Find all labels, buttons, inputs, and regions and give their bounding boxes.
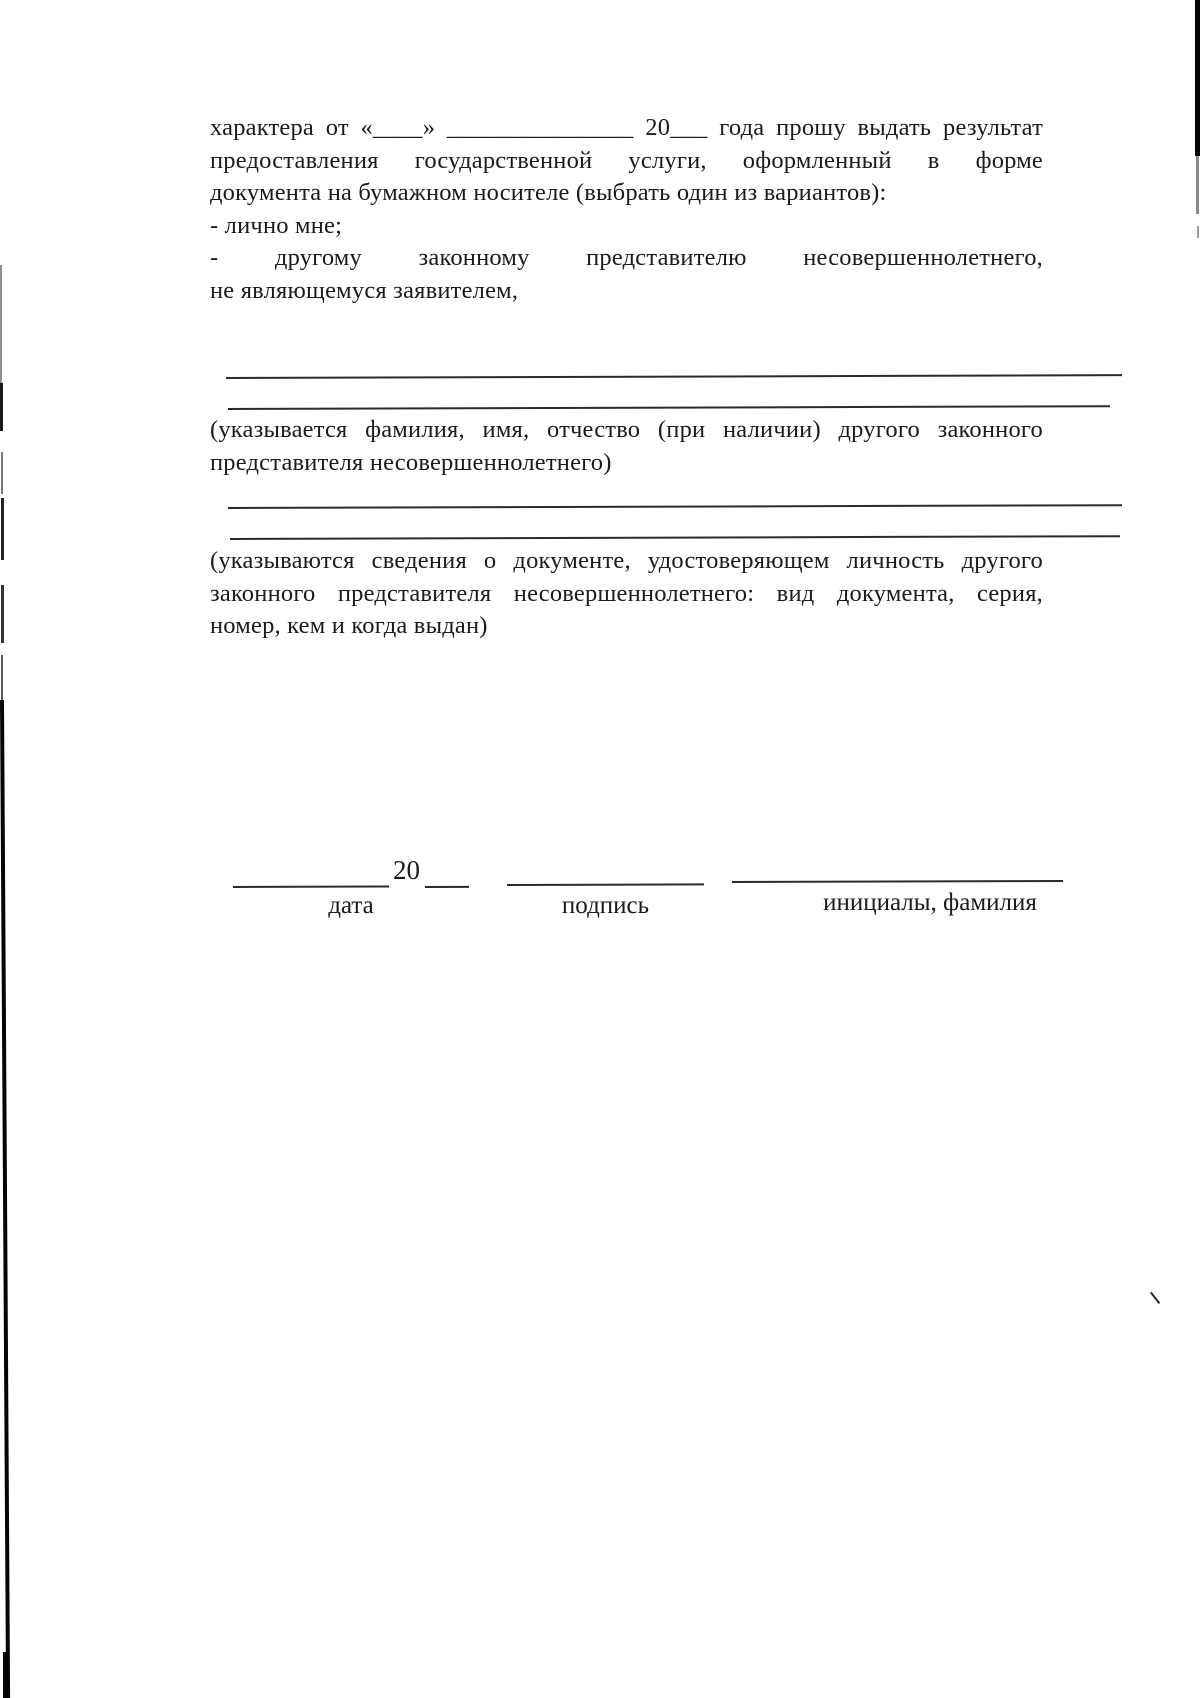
paragraph-line: документа на бумажном носителе (выбрать … [210,177,1043,210]
scan-artifact-right-edge [1196,156,1199,214]
scan-artifact-left-edge [1,498,4,560]
scan-artifact-left-edge [1,452,3,494]
caption-line: законного представителя несовершеннолетн… [210,578,1043,611]
blank-field-line [228,504,1122,509]
paragraph-line: предоставления государственной услуги, о… [210,145,1043,178]
scanned-page: характера от «____» _______________ 20__… [0,0,1200,1698]
scan-artifact-right-edge [1197,226,1199,238]
scan-artifact-right-edge [1195,0,1200,156]
date-label: дата [233,892,469,920]
scan-artifact-left-edge [0,265,2,383]
year-blank-line [425,886,469,888]
initials-label: инициалы, фамилия [780,889,1080,917]
scan-artifact-left-edge [1,585,4,643]
scan-artifact-left-edge [3,1652,8,1698]
paragraph-line: характера от «____» _______________ 20__… [210,112,1043,145]
initials-blank-line [732,880,1063,883]
signature-blank-line [507,883,704,886]
paragraph-line: - другому законному представителю несове… [210,242,1043,275]
sign-label: подпись [507,892,704,920]
caption-line: (указываются сведения о документе, удост… [210,545,1043,578]
main-paragraph: характера от «____» _______________ 20__… [210,112,1043,308]
paragraph-line: - лично мне; [210,210,1043,243]
caption-line: номер, кем и когда выдан) [210,610,1043,643]
blank-field-line [228,405,1110,410]
caption-line: (указывается фамилия, имя, отчество (при… [210,414,1043,447]
scan-artifact-left-edge [0,383,3,431]
scan-artifact-left-edge [0,700,10,1698]
blank-field-line [230,535,1120,540]
date-blank-line [233,886,389,888]
caption-line: представителя несовершеннолетнего) [210,447,1043,480]
blank-field-line [226,374,1122,379]
scan-artifact-left-edge [1,655,3,701]
caption-identity-document-details: (указываются сведения о документе, удост… [210,545,1043,643]
caption-legal-representative-name: (указывается фамилия, имя, отчество (при… [210,414,1043,479]
paragraph-line: не являющемуся заявителем, [210,275,1043,308]
scan-artifact-tick [1150,1292,1160,1304]
year-prefix: 20 [393,855,420,886]
